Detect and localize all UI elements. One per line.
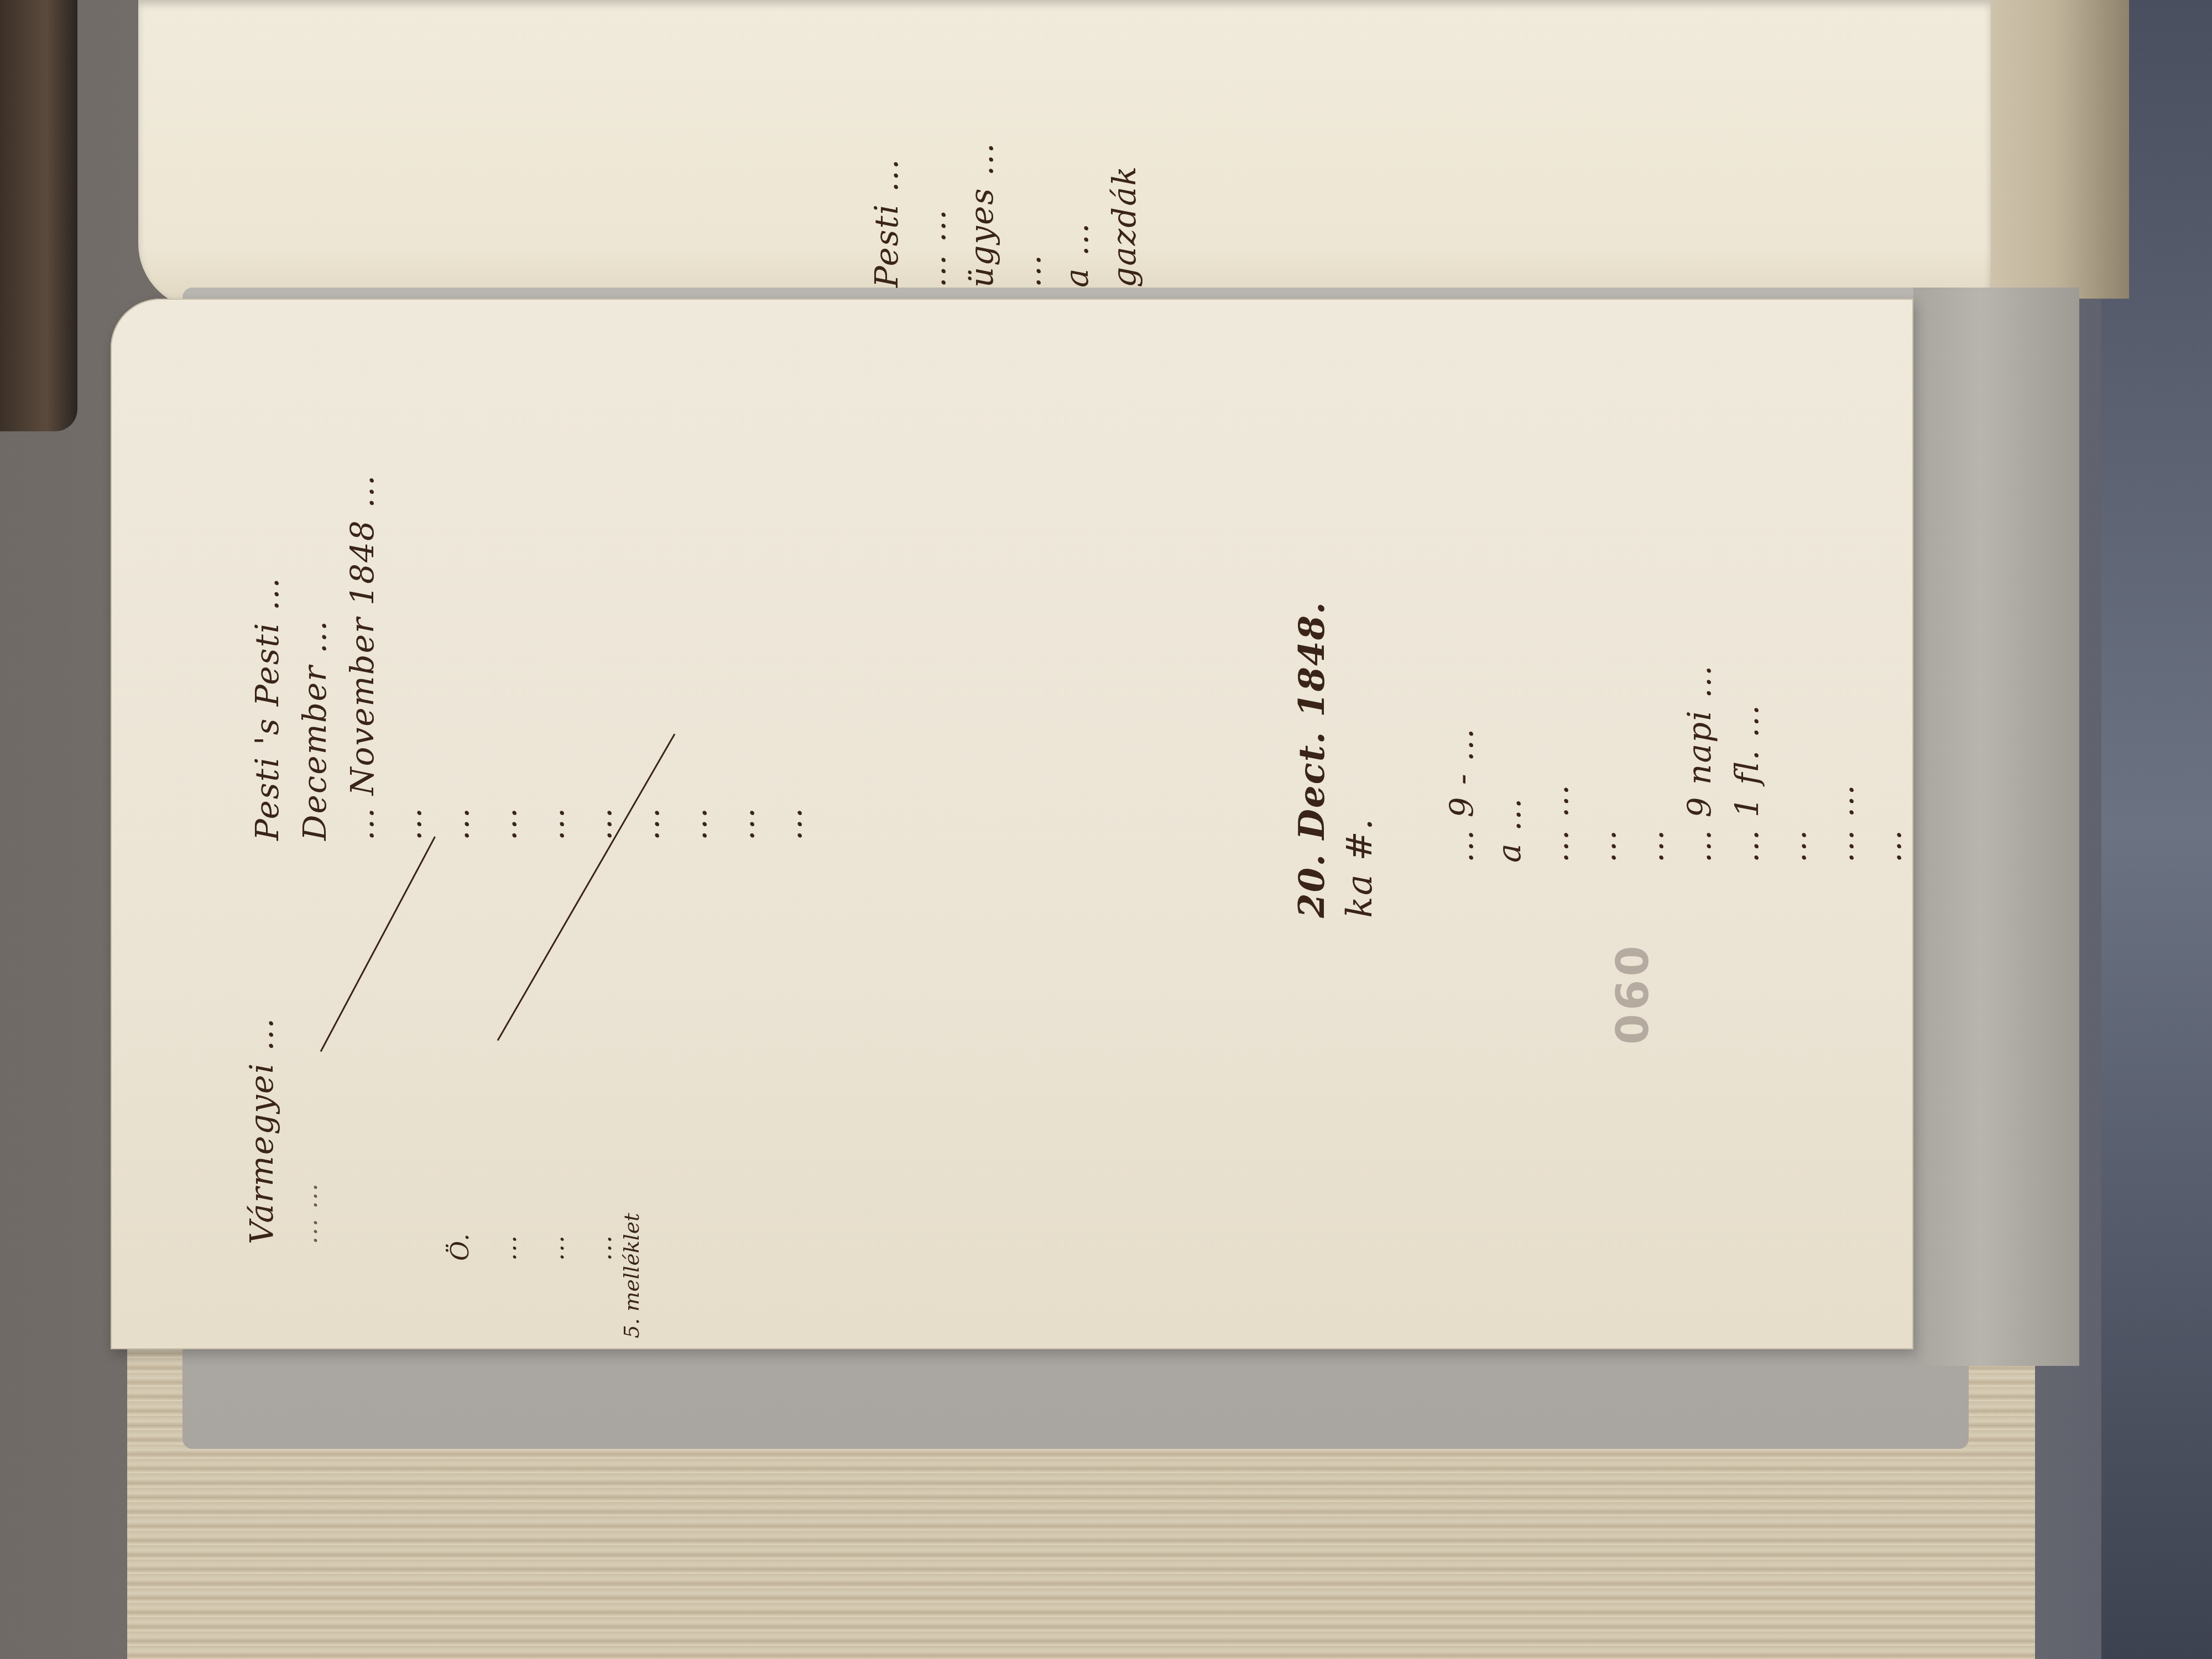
text-line: ... xyxy=(1628,665,1676,863)
closing-prefix: ka #. xyxy=(1336,601,1384,918)
text-line: ... 9 - ... xyxy=(1438,665,1485,863)
closing-date-block: 20. Dect. 1848. ka #. xyxy=(1288,601,1384,918)
text-line: Pesti 's Pesti ... xyxy=(243,474,291,841)
addressee-line: Ö. xyxy=(437,1233,484,1261)
text-line: ... xyxy=(529,474,576,841)
text-line: ... 9 napi ... xyxy=(1676,665,1723,863)
text-line: ... ... xyxy=(910,142,958,288)
text-line: ... xyxy=(671,474,719,841)
heading-sub: ... ... xyxy=(285,1017,333,1244)
main-text: Pesti 's Pesti ... December ... ... Nove… xyxy=(243,474,814,841)
text-line: ... xyxy=(624,474,671,841)
text-line: ... 1 fl. ... xyxy=(1723,665,1771,863)
previous-page-text: Pesti ... ... ... ügyes ... ... a ... ga… xyxy=(863,142,1148,288)
text-line: ... xyxy=(1771,665,1818,863)
text-line: ... xyxy=(386,474,434,841)
text-line: ... xyxy=(1005,142,1053,288)
text-line: ... xyxy=(1866,665,1913,863)
closing-date: 20. Dect. 1848. xyxy=(1288,601,1336,918)
text-line: ... xyxy=(1580,665,1628,863)
margin-heading: Vármegyei ... ... ... xyxy=(238,1017,333,1244)
second-paragraph: ... 9 - ... a ... ... ... ... ... ... 9 … xyxy=(1438,665,1913,863)
text-line: a ... xyxy=(1053,142,1100,288)
text-line: ... ... xyxy=(1818,665,1866,863)
gray-interleaf xyxy=(1913,288,2079,1366)
text-line: a ... xyxy=(1485,665,1533,863)
text-line: ... ... xyxy=(1533,665,1580,863)
text-line: ... xyxy=(481,474,529,841)
text-line: ... November 1848 ... xyxy=(338,474,386,841)
text-line: ... xyxy=(434,474,481,841)
text-line: ... xyxy=(576,474,624,841)
text-line: gazdák xyxy=(1100,142,1148,288)
archive-number-stamp: 060 xyxy=(1607,942,1658,1045)
book-cover xyxy=(0,0,77,431)
text-line: ügyes ... xyxy=(958,142,1005,288)
attachment-note: 5. melléklet xyxy=(619,1213,644,1338)
document-photo: Pesti ... ... ... ügyes ... ... a ... ga… xyxy=(0,0,2212,1659)
text-line: ... xyxy=(766,474,814,841)
heading-text: Vármegyei ... xyxy=(238,1017,285,1244)
text-line: Pesti ... xyxy=(863,142,910,288)
text-line: December ... xyxy=(291,474,338,841)
margin-addressee: Ö. ... ... ... xyxy=(437,1233,627,1261)
addressee-line: ... xyxy=(532,1233,580,1261)
text-line: ... xyxy=(719,474,766,841)
addressee-line: ... xyxy=(484,1233,532,1261)
